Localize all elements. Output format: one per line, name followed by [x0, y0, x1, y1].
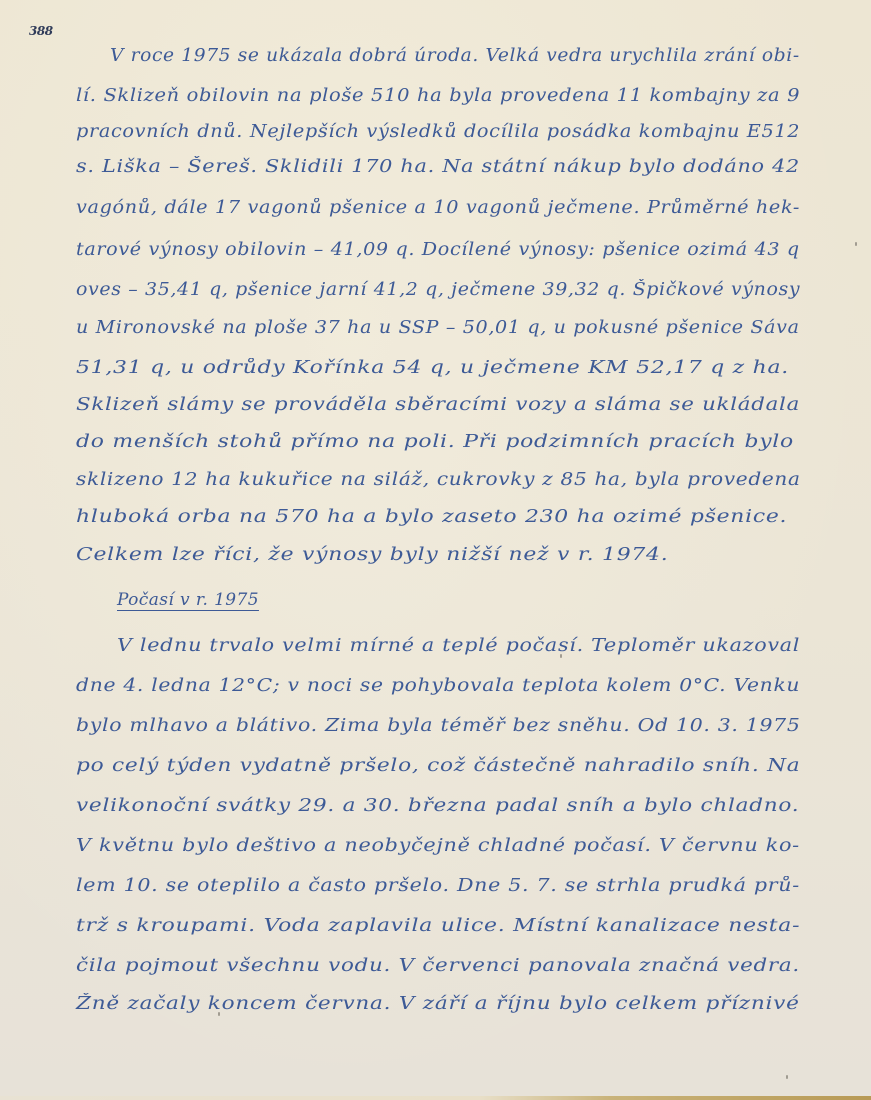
notebook-page: 388 V roce 1975 se ukázala dobrá úroda. …	[0, 0, 871, 1100]
text-line: Sklizeň slámy se prováděla sběracími voz…	[76, 395, 800, 415]
text-line: bylo mlhavo a blátivo. Zima byla téměř b…	[76, 716, 801, 736]
page-number: 388	[29, 24, 53, 38]
text-line: V lednu trvalo velmi mírné a teplé počas…	[117, 636, 800, 656]
text-line: V roce 1975 se ukázala dobrá úroda. Velk…	[110, 46, 800, 66]
text-line: hluboká orba na 570 ha a bylo zaseto 230…	[76, 507, 787, 527]
paper-speck	[855, 242, 857, 246]
text-line: sklizeno 12 ha kukuřice na siláž, cukrov…	[76, 470, 801, 490]
text-line: s. Liška – Šereš. Sklidili 170 ha. Na st…	[76, 157, 800, 177]
text-line: V květnu bylo deštivo a neobyčejně chlad…	[76, 836, 800, 856]
text-line: po celý týden vydatně pršelo, což částeč…	[76, 756, 800, 776]
paper-speck	[786, 1075, 788, 1079]
text-line: Celkem lze říci, že výnosy byly nižší ne…	[76, 545, 668, 565]
paper-speck	[218, 1012, 220, 1016]
page-bottom-edge	[0, 1096, 871, 1100]
paper-speck	[560, 654, 562, 658]
text-line: oves – 35,41 q, pšenice jarní 41,2 q, je…	[76, 280, 800, 300]
text-line: do menších stohů přímo na poli. Při podz…	[76, 432, 794, 452]
text-line: dne 4. ledna 12°C; v noci se pohybovala …	[76, 676, 800, 696]
text-line: 51,31 q, u odrůdy Kořínka 54 q, u ječmen…	[76, 358, 789, 378]
text-line: čila pojmout všechnu vodu. V červenci pa…	[76, 956, 800, 976]
text-line: velikonoční svátky 29. a 30. března pada…	[76, 796, 799, 816]
text-line: lí. Sklizeň obilovin na ploše 510 ha byl…	[76, 86, 800, 106]
text-line: lem 10. se oteplilo a často pršelo. Dne …	[76, 876, 800, 896]
section-heading-weather: Počasí v r. 1975	[117, 590, 259, 610]
text-line: tarové výnosy obilovin – 41,09 q. Docíle…	[76, 240, 800, 260]
text-line: pracovních dnů. Nejlepších výsledků docí…	[76, 122, 800, 142]
text-line: trž s kroupami. Voda zaplavila ulice. Mí…	[76, 916, 800, 936]
text-line: Žně začaly koncem června. V září a říjnu…	[76, 994, 800, 1014]
text-line: u Mironovské na ploše 37 ha u SSP – 50,0…	[76, 318, 800, 338]
text-line: vagónů, dále 17 vagonů pšenice a 10 vago…	[76, 198, 800, 218]
